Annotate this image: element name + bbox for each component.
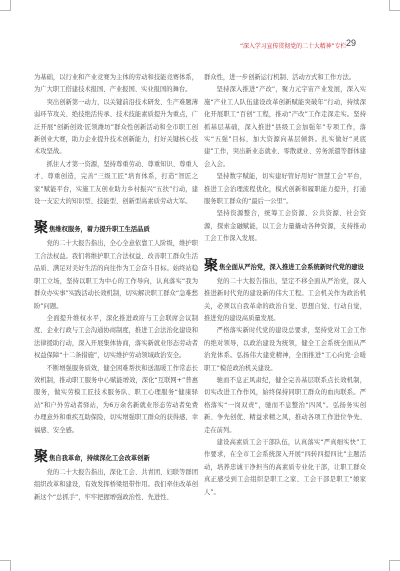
left-column: 为基础，以行业和产业竞赛为主体的劳动和技能竞赛体系，为广大职工搭建技术报国、产业… (34, 72, 198, 504)
section-title: 焦全面从严治党，深入推进工会系统新时代党的建设 (219, 264, 364, 271)
paragraph: 坚持深入推进“产改”，聚力元宇宙产业发展，深入实施“产业工人队伍建设改革创新赋能… (204, 84, 366, 171)
paragraph: 党的二十大报告指出，全心全意依靠工人阶级，维护职工合法权益。我们将维护职工合法权… (34, 238, 198, 312)
paragraph: 党的二十大报告指出，坚定不移全面从严治党，深入推进新时代党的建设新的伟大工程。工… (204, 276, 366, 326)
paragraph: 群众性，进一步创新运行机制、活动方式和工作方法。 (204, 72, 366, 84)
section-title: 焦自我革命，持续深化工会改革创新 (49, 455, 150, 462)
crop-mark-bottom-left (0, 560, 11, 571)
right-column: 群众性，进一步创新运行机制、活动方式和工作方法。 坚持深入推进“产改”，聚力元宇… (204, 72, 366, 499)
section-heading: 聚焦自我革命，持续深化工会改革创新 (34, 451, 198, 465)
page-number: 29 (346, 38, 356, 48)
crop-mark-top-left (0, 0, 11, 11)
paragraph: 严格落实新时代党的建设总要求，坚持党对工会工作的绝对领导，以政治建设为统领，健全… (204, 325, 366, 375)
paragraph: 为基础，以行业和产业竞赛为主体的劳动和技能竞赛体系，为广大职工搭建技术报国、产业… (34, 72, 198, 97)
paragraph: 全面提升维权水平，深化推进政府与工会联席会议制度、企业行政与工会沟通协商制度，推… (34, 313, 198, 363)
section-title: 焦维权服务，着力提升职工生活品质 (49, 226, 150, 233)
paragraph: 不断增强服务质效，健全困难帮扶和送温暖工作常态长效机制，推动职工服务中心赋能增效… (34, 363, 198, 437)
section-heading: 聚焦全面从严治党，深入推进工会系统新时代党的建设 (204, 260, 366, 274)
paragraph: 抓住人才第一资源，坚持尊重劳动、尊重知识、尊重人才、尊重创造，完善“三级工匠”培… (34, 159, 198, 209)
running-head: “深入学习宣传贯彻党的二十大精神”专栏 (240, 41, 340, 50)
section-initial: 聚 (34, 449, 48, 465)
paragraph: 坚持资源整合，统筹工会资源、公共资源、社会资源，探索金融赋能，以工会力量撬动各种… (204, 208, 366, 245)
crop-mark-bottom-right (389, 560, 400, 571)
paragraph: 建设高素质工会干部队伍，认真落实“严真细实快”工作要求，在全市工会系统深入开展“… (204, 437, 366, 499)
paragraph: 党的二十大报告指出，深化工会、共青团、妇联等群团组织改革和建设，有效发挥桥梁纽带… (34, 467, 198, 504)
paragraph: 突出创新第一动力，以关键前沿技术研发、生产难题薄弱环节攻关、绝技绝活传承、技术技… (34, 97, 198, 159)
section-initial: 聚 (34, 220, 48, 236)
crop-mark-top-right (389, 0, 400, 11)
section-heading: 聚焦维权服务，着力提升职工生活品质 (34, 222, 198, 236)
paragraph: 坚持数字赋能，切实建好管好用好“智慧工会”平台，推进工会治理流程优化，模式创新和… (204, 171, 366, 208)
paragraph: 驰而不息正风肃纪，健全完善基层联系点长效机制，切实改进工作作风，始终保持同职工群… (204, 375, 366, 437)
section-initial: 聚 (204, 258, 218, 274)
